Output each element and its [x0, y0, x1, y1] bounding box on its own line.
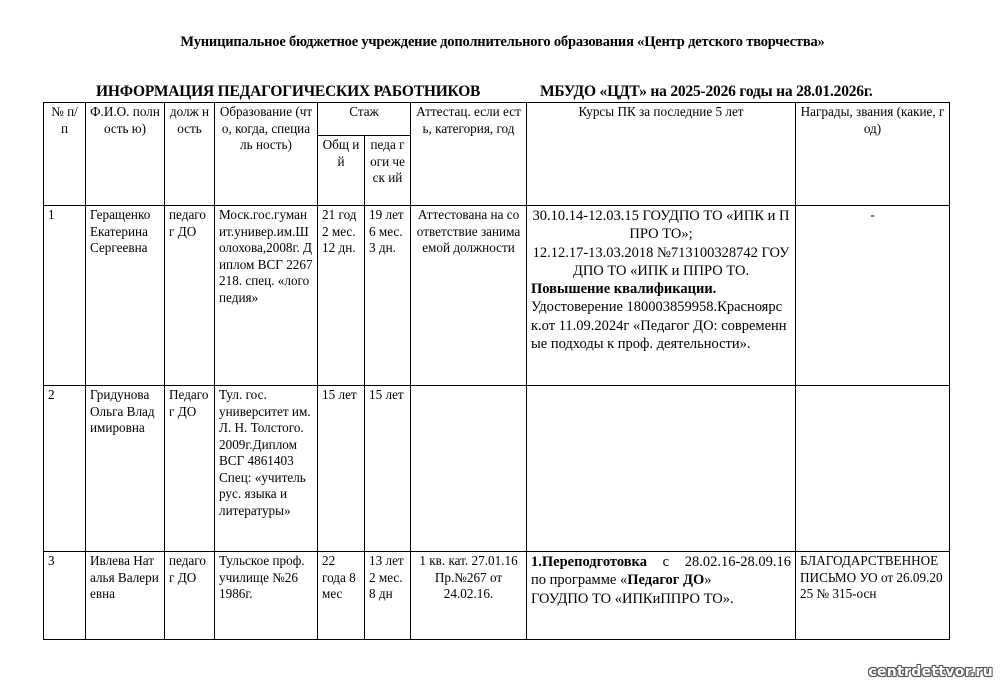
cell-exp-ped: 15 лет — [365, 386, 411, 552]
cell-education: Тул. гос. университет им. Л. Н. Толстого… — [215, 386, 318, 552]
cell-attestation — [411, 386, 527, 552]
course-dates: с 28.02.16-28.09.16 — [663, 554, 791, 570]
cell-num: 1 — [44, 206, 86, 386]
cell-position: педагог ДО — [165, 552, 215, 640]
header-experience-ped: педа гоги ческ ий — [365, 136, 411, 206]
cell-num: 2 — [44, 386, 86, 552]
cell-position: педагог ДО — [165, 206, 215, 386]
table-row: 1 Геращенко Екатерина Сергеевна педагог … — [44, 206, 950, 386]
course-line: 30.10.14-12.03.15 ГОУДПО ТО «ИПК и ППРО … — [531, 207, 791, 244]
header-attestation: Аттестац. если есть, категория, год — [411, 103, 527, 206]
cell-attestation: 1 кв. кат. 27.01.16 Пр.№267 от 24.02.16. — [411, 552, 527, 640]
document-subtitle: МБУДО «ЦДТ» на 2025-2026 годы на 28.01.2… — [540, 83, 873, 101]
cell-courses: 1.Переподготовка с 28.02.16-28.09.16 по … — [527, 552, 796, 640]
document-title: ИНФОРМАЦИЯ ПЕДАГОГИЧЕСКИХ РАБОТНИКОВ — [96, 83, 480, 101]
cell-education: Тульское проф. училище №26 1986г. — [215, 552, 318, 640]
cell-exp-total: 15 лет — [318, 386, 365, 552]
cell-exp-ped: 19 лет 6 мес. 3 дн. — [365, 206, 411, 386]
cell-exp-ped: 13 лет 2 мес. 8 дн — [365, 552, 411, 640]
course-line: по программе «Педагог ДО» — [531, 571, 791, 589]
cell-fio: Ивлева Наталья Валериевна — [86, 552, 165, 640]
header-awards: Награды, звания (какие, год) — [796, 103, 950, 206]
header-position: долж ность — [165, 103, 215, 206]
cell-awards — [796, 386, 950, 552]
table-header-row: № п/п Ф.И.О. полность ю) долж ность Обра… — [44, 103, 950, 136]
header-fio: Ф.И.О. полность ю) — [86, 103, 165, 206]
course-line: 1.Переподготовка с 28.02.16-28.09.16 — [531, 553, 791, 571]
cell-fio: Геращенко Екатерина Сергеевна — [86, 206, 165, 386]
cell-courses: 30.10.14-12.03.15 ГОУДПО ТО «ИПК и ППРО … — [527, 206, 796, 386]
course-line: 12.12.17-13.03.2018 №713100328742 ГОУДПО… — [531, 244, 791, 281]
cell-exp-total: 22 года 8 мес — [318, 552, 365, 640]
organization-title: Муниципальное бюджетное учреждение допол… — [0, 34, 1005, 51]
header-experience-total: Общ ий — [318, 136, 365, 206]
course-heading: Повышение квалификации. — [531, 281, 716, 297]
course-line: Удостоверение 180003859958.Красноярск.от… — [531, 298, 791, 353]
cell-attestation: Аттестована на соответствие занимаемой д… — [411, 206, 527, 386]
cell-num: 3 — [44, 552, 86, 640]
cell-education: Моск.гос.гуманит.универ.им.Шолохова,2008… — [215, 206, 318, 386]
header-experience: Стаж — [318, 103, 411, 136]
course-program: Педагог ДО — [627, 572, 704, 588]
header-num: № п/п — [44, 103, 86, 206]
header-courses: Курсы ПК за последние 5 лет — [527, 103, 796, 206]
course-line: ГОУДПО ТО «ИПКиППРО ТО». — [531, 590, 791, 608]
cell-position: Педагог ДО — [165, 386, 215, 552]
course-heading: 1.Переподготовка — [531, 554, 647, 570]
header-education: Образование (что, когда, специаль ность) — [215, 103, 318, 206]
staff-table: № п/п Ф.И.О. полность ю) долж ность Обра… — [43, 102, 950, 640]
cell-awards: БЛАГОДАРСТВЕННОЕ ПИСЬМО УО от 26.09.2025… — [796, 552, 950, 640]
cell-courses — [527, 386, 796, 552]
course-text: по программе « — [531, 572, 627, 588]
watermark: centrdettvor.ru — [868, 664, 993, 680]
cell-exp-total: 21 год 2 мес. 12 дн. — [318, 206, 365, 386]
cell-awards: - — [796, 206, 950, 386]
course-text: » — [704, 572, 711, 588]
cell-fio: Гридунова Ольга Владимировна — [86, 386, 165, 552]
table-row: 2 Гридунова Ольга Владимировна Педагог Д… — [44, 386, 950, 552]
table-row: 3 Ивлева Наталья Валериевна педагог ДО Т… — [44, 552, 950, 640]
